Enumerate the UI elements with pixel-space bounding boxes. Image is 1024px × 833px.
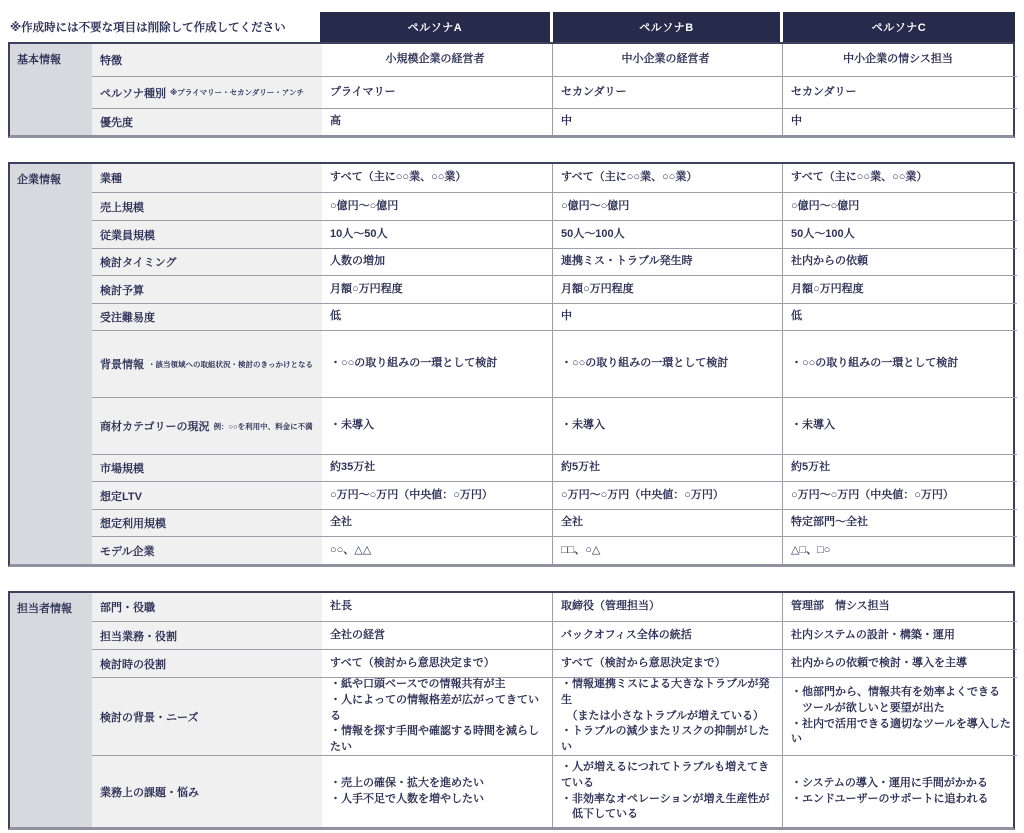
row-label-cell: 想定LTV: [92, 481, 322, 509]
cell-value: セカンダリー: [791, 85, 857, 101]
row-label: 想定利用規模: [100, 515, 166, 531]
value-cell-persona-a: 小規模企業の経営者: [322, 44, 552, 76]
row-label-cell: 受注難易度: [92, 303, 322, 330]
row-label-cell: 検討タイミング: [92, 248, 322, 275]
row-label-cell: 商材カテゴリーの現況例：○○を利用中、料金に不満: [92, 397, 322, 454]
cell-value: △□、□○: [791, 543, 830, 559]
cell-value: 管理部 情シス担当: [791, 599, 890, 615]
value-cell-persona-a: 社長: [322, 593, 552, 621]
cell-value: 月額○万円程度: [791, 282, 864, 298]
cell-value: ・他部門から、情報共有を効率よくできる ツールが欲しいと要望が出た ・社内で活用…: [791, 685, 1013, 749]
section-title: 企業情報: [17, 171, 61, 187]
cell-value: 小規模企業の経営者: [386, 52, 485, 68]
row-label: 検討予算: [100, 282, 144, 298]
value-cell-persona-b: 連携ミス・トラブル発生時: [552, 248, 782, 275]
row-label-cell: 検討の背景・ニーズ: [92, 677, 322, 755]
row-label: 想定LTV: [100, 488, 142, 504]
cell-value: 月額○万円程度: [330, 282, 403, 298]
row-label-cell: 優先度: [92, 108, 322, 135]
row-label: 背景情報: [100, 356, 144, 372]
section-sidebar: 基本情報: [10, 44, 92, 135]
value-cell-persona-b: ・未導入: [552, 397, 782, 454]
cell-value: ・○○の取り組みの一環として検討: [791, 356, 958, 372]
row-label: 商材カテゴリーの現況: [100, 418, 210, 434]
value-cell-persona-a: 約35万社: [322, 454, 552, 481]
row-label: 売上規模: [100, 199, 144, 215]
value-cell-persona-b: 取締役（管理担当）: [552, 593, 782, 621]
section-title: 担当者情報: [17, 600, 72, 616]
cell-value: 50人～100人: [791, 227, 855, 243]
row-label-cell: 特徴: [92, 44, 322, 76]
value-cell-persona-b: ・情報連携ミスによる大きなトラブルが発生 （または小さなトラブルが増えている） …: [552, 677, 782, 755]
row-label: モデル企業: [100, 543, 154, 559]
cell-value: 全社: [561, 515, 583, 531]
row-label-cell: 検討時の役割: [92, 649, 322, 677]
row-label: 業務上の課題・悩み: [100, 784, 199, 800]
cell-value: ・人が増えるにつれてトラブルも増えてきている ・非効率なオペレーションが増え生産…: [561, 760, 778, 824]
cell-value: すべて（検討から意思決定まで）: [561, 656, 726, 672]
persona-b-header: ペルソナB: [553, 12, 780, 42]
value-cell-persona-c: 中小企業の情シス担当: [782, 44, 1017, 76]
cell-value: すべて（主に○○業、○○業）: [561, 170, 697, 186]
value-cell-persona-a: ・未導入: [322, 397, 552, 454]
row-label: 担当業務・役割: [100, 628, 177, 644]
cell-value: ○万円～○万円（中央値：○万円）: [561, 488, 724, 504]
section-title: 基本情報: [17, 51, 61, 67]
value-cell-persona-b: 約5万社: [552, 454, 782, 481]
cell-value: 約5万社: [561, 460, 600, 476]
value-cell-persona-b: 全社: [552, 509, 782, 536]
cell-value: ○億円～○億円: [561, 199, 629, 215]
row-label: 検討タイミング: [100, 254, 177, 270]
value-cell-persona-b: 中: [552, 303, 782, 330]
value-cell-persona-a: ・○○の取り組みの一環として検討: [322, 330, 552, 397]
row-label: 優先度: [100, 114, 133, 130]
edit-note: ※作成時には不要な項目は削除して作成してください: [8, 12, 320, 42]
cell-value: 特定部門～全社: [791, 515, 868, 531]
cell-value: 社内からの依頼: [791, 254, 868, 270]
section-sidebar: 担当者情報: [10, 593, 92, 827]
cell-value: 取締役（管理担当）: [561, 599, 660, 615]
cell-value: 社内からの依頼で検討・導入を主導: [791, 656, 967, 672]
value-cell-persona-c: 低: [782, 303, 1017, 330]
value-cell-persona-c: △□、□○: [782, 536, 1017, 564]
cell-value: ○万円～○万円（中央値：○万円）: [330, 488, 493, 504]
row-label: 部門・役職: [100, 599, 155, 615]
value-cell-persona-b: すべて（主に○○業、○○業）: [552, 164, 782, 192]
persona-c-header: ペルソナC: [783, 12, 1015, 42]
value-cell-persona-b: 中: [552, 108, 782, 135]
cell-value: 10人～50人: [330, 227, 387, 243]
cell-value: ・紙や口頭ベースでの情報共有が主 ・人によっての情報格差が広がってきている ・情…: [330, 677, 548, 755]
cell-value: 低: [791, 309, 802, 325]
value-cell-persona-c: ・○○の取り組みの一環として検討: [782, 330, 1017, 397]
value-cell-persona-c: すべて（主に○○業、○○業）: [782, 164, 1017, 192]
value-cell-persona-b: ○万円～○万円（中央値：○万円）: [552, 481, 782, 509]
value-cell-persona-c: 約5万社: [782, 454, 1017, 481]
cell-value: ・○○の取り組みの一環として検討: [561, 356, 728, 372]
value-cell-persona-c: ・未導入: [782, 397, 1017, 454]
value-cell-persona-b: ○億円～○億円: [552, 192, 782, 220]
value-cell-persona-c: 管理部 情シス担当: [782, 593, 1017, 621]
cell-value: 連携ミス・トラブル発生時: [561, 254, 693, 270]
cell-value: 中: [561, 114, 572, 130]
value-cell-persona-a: ○○、△△: [322, 536, 552, 564]
cell-value: ○億円～○億円: [330, 199, 398, 215]
persona-sheet: ※作成時には不要な項目は削除して作成してください ペルソナA ペルソナB ペルソ…: [0, 0, 1023, 830]
cell-value: セカンダリー: [561, 85, 627, 101]
cell-value: 中小企業の情シス担当: [843, 52, 953, 68]
cell-value: 社内システムの設計・構築・運用: [791, 628, 955, 644]
cell-value: ・売上の確保・拡大を進めたい ・人手不足で人数を増やしたい: [330, 776, 484, 808]
value-cell-persona-c: 社内からの依頼で検討・導入を主導: [782, 649, 1017, 677]
cell-value: 約5万社: [791, 460, 830, 476]
value-cell-persona-a: ○万円～○万円（中央値：○万円）: [322, 481, 552, 509]
value-cell-persona-a: すべて（検討から意思決定まで）: [322, 649, 552, 677]
row-label-cell: 検討予算: [92, 275, 322, 303]
value-cell-persona-a: 月額○万円程度: [322, 275, 552, 303]
cell-value: ・未導入: [330, 418, 374, 434]
value-cell-persona-a: ・紙や口頭ベースでの情報共有が主 ・人によっての情報格差が広がってきている ・情…: [322, 677, 552, 755]
cell-value: □□、○△: [561, 543, 600, 559]
value-cell-persona-c: ・他部門から、情報共有を効率よくできる ツールが欲しいと要望が出た ・社内で活用…: [782, 677, 1017, 755]
row-sublabel: ※プライマリー・セカンダリー・アンチ: [170, 87, 304, 98]
value-cell-persona-b: ・人が増えるにつれてトラブルも増えてきている ・非効率なオペレーションが増え生産…: [552, 755, 782, 827]
row-label-cell: 想定利用規模: [92, 509, 322, 536]
cell-value: ・○○の取り組みの一環として検討: [330, 356, 497, 372]
cell-value: 月額○万円程度: [561, 282, 634, 298]
value-cell-persona-b: すべて（検討から意思決定まで）: [552, 649, 782, 677]
row-label-cell: 従業員規模: [92, 220, 322, 248]
value-cell-persona-a: ・売上の確保・拡大を進めたい ・人手不足で人数を増やしたい: [322, 755, 552, 827]
row-label: 市場規模: [100, 460, 144, 476]
value-cell-persona-a: 全社の経営: [322, 621, 552, 649]
section-tables: 基本情報特徴小規模企業の経営者中小企業の経営者中小企業の情シス担当ペルソナ種別※…: [8, 42, 1015, 830]
row-label-cell: 担当業務・役割: [92, 621, 322, 649]
value-cell-persona-c: 月額○万円程度: [782, 275, 1017, 303]
cell-value: 全社の経営: [330, 628, 385, 644]
cell-value: ○○、△△: [330, 543, 371, 559]
row-label: ペルソナ種別: [100, 85, 166, 101]
cell-value: 中: [791, 114, 802, 130]
value-cell-persona-b: バックオフィス全体の統括: [552, 621, 782, 649]
value-cell-persona-a: 高: [322, 108, 552, 135]
value-cell-persona-c: 中: [782, 108, 1017, 135]
value-cell-persona-c: ○万円～○万円（中央値：○万円）: [782, 481, 1017, 509]
value-cell-persona-c: セカンダリー: [782, 76, 1017, 108]
value-cell-persona-b: 月額○万円程度: [552, 275, 782, 303]
value-cell-persona-a: 人数の増加: [322, 248, 552, 275]
row-label-cell: 背景情報・該当領域への取組状況・検討のきっかけとなる: [92, 330, 322, 397]
row-label-cell: ペルソナ種別※プライマリー・セカンダリー・アンチ: [92, 76, 322, 108]
row-sublabel: 例：○○を利用中、料金に不満: [214, 421, 313, 432]
row-label: 受注難易度: [100, 309, 155, 325]
cell-value: 全社: [330, 515, 352, 531]
row-label: 検討の背景・ニーズ: [100, 709, 198, 725]
cell-value: ○億円～○億円: [791, 199, 859, 215]
value-cell-persona-a: 全社: [322, 509, 552, 536]
cell-value: ・情報連携ミスによる大きなトラブルが発生 （または小さなトラブルが増えている） …: [561, 677, 778, 755]
value-cell-persona-a: 低: [322, 303, 552, 330]
value-cell-persona-c: 社内からの依頼: [782, 248, 1017, 275]
value-cell-persona-b: 50人～100人: [552, 220, 782, 248]
cell-value: すべて（検討から意思決定まで）: [330, 656, 495, 672]
cell-value: バックオフィス全体の統括: [561, 628, 692, 644]
cell-value: 中小企業の経営者: [622, 52, 710, 68]
cell-value: すべて（主に○○業、○○業）: [791, 170, 927, 186]
row-label-cell: 部門・役職: [92, 593, 322, 621]
row-label: 検討時の役割: [100, 656, 166, 672]
row-label-cell: 業種: [92, 164, 322, 192]
persona-header-row: ※作成時には不要な項目は削除して作成してください ペルソナA ペルソナB ペルソ…: [8, 12, 1015, 42]
cell-value: 50人～100人: [561, 227, 625, 243]
cell-value: ・未導入: [561, 418, 605, 434]
value-cell-persona-c: 特定部門～全社: [782, 509, 1017, 536]
cell-value: プライマリー: [330, 85, 396, 101]
value-cell-persona-a: すべて（主に○○業、○○業）: [322, 164, 552, 192]
value-cell-persona-c: ・システムの導入・運用に手間がかかる ・エンドユーザーのサポートに追われる: [782, 755, 1017, 827]
cell-value: 高: [330, 114, 341, 130]
cell-value: すべて（主に○○業、○○業）: [330, 170, 466, 186]
section-table-1: 基本情報特徴小規模企業の経営者中小企業の経営者中小企業の情シス担当ペルソナ種別※…: [8, 42, 1015, 138]
row-label-cell: 売上規模: [92, 192, 322, 220]
section-sidebar: 企業情報: [10, 164, 92, 564]
value-cell-persona-b: ・○○の取り組みの一環として検討: [552, 330, 782, 397]
value-cell-persona-a: ○億円～○億円: [322, 192, 552, 220]
value-cell-persona-b: セカンダリー: [552, 76, 782, 108]
row-label-cell: 業務上の課題・悩み: [92, 755, 322, 827]
row-sublabel: ・該当領域への取組状況・検討のきっかけとなる: [148, 359, 313, 370]
cell-value: 約35万社: [330, 460, 375, 476]
persona-a-header: ペルソナA: [320, 12, 550, 42]
value-cell-persona-c: 50人～100人: [782, 220, 1017, 248]
value-cell-persona-c: 社内システムの設計・構築・運用: [782, 621, 1017, 649]
cell-value: 人数の増加: [330, 254, 385, 270]
cell-value: ・システムの導入・運用に手間がかかる ・エンドユーザーのサポートに追われる: [791, 776, 989, 808]
row-label: 業種: [100, 170, 122, 186]
value-cell-persona-c: ○億円～○億円: [782, 192, 1017, 220]
cell-value: 中: [561, 309, 572, 325]
cell-value: 社長: [330, 599, 352, 615]
value-cell-persona-a: 10人～50人: [322, 220, 552, 248]
section-table-3: 担当者情報部門・役職社長取締役（管理担当）管理部 情シス担当担当業務・役割全社の…: [8, 591, 1015, 830]
cell-value: ○万円～○万円（中央値：○万円）: [791, 488, 954, 504]
value-cell-persona-a: プライマリー: [322, 76, 552, 108]
row-label-cell: モデル企業: [92, 536, 322, 564]
value-cell-persona-b: 中小企業の経営者: [552, 44, 782, 76]
cell-value: 低: [330, 309, 341, 325]
row-label: 従業員規模: [100, 227, 155, 243]
section-table-2: 企業情報業種すべて（主に○○業、○○業）すべて（主に○○業、○○業）すべて（主に…: [8, 162, 1015, 567]
cell-value: ・未導入: [791, 418, 835, 434]
row-label-cell: 市場規模: [92, 454, 322, 481]
value-cell-persona-b: □□、○△: [552, 536, 782, 564]
row-label: 特徴: [100, 52, 122, 68]
